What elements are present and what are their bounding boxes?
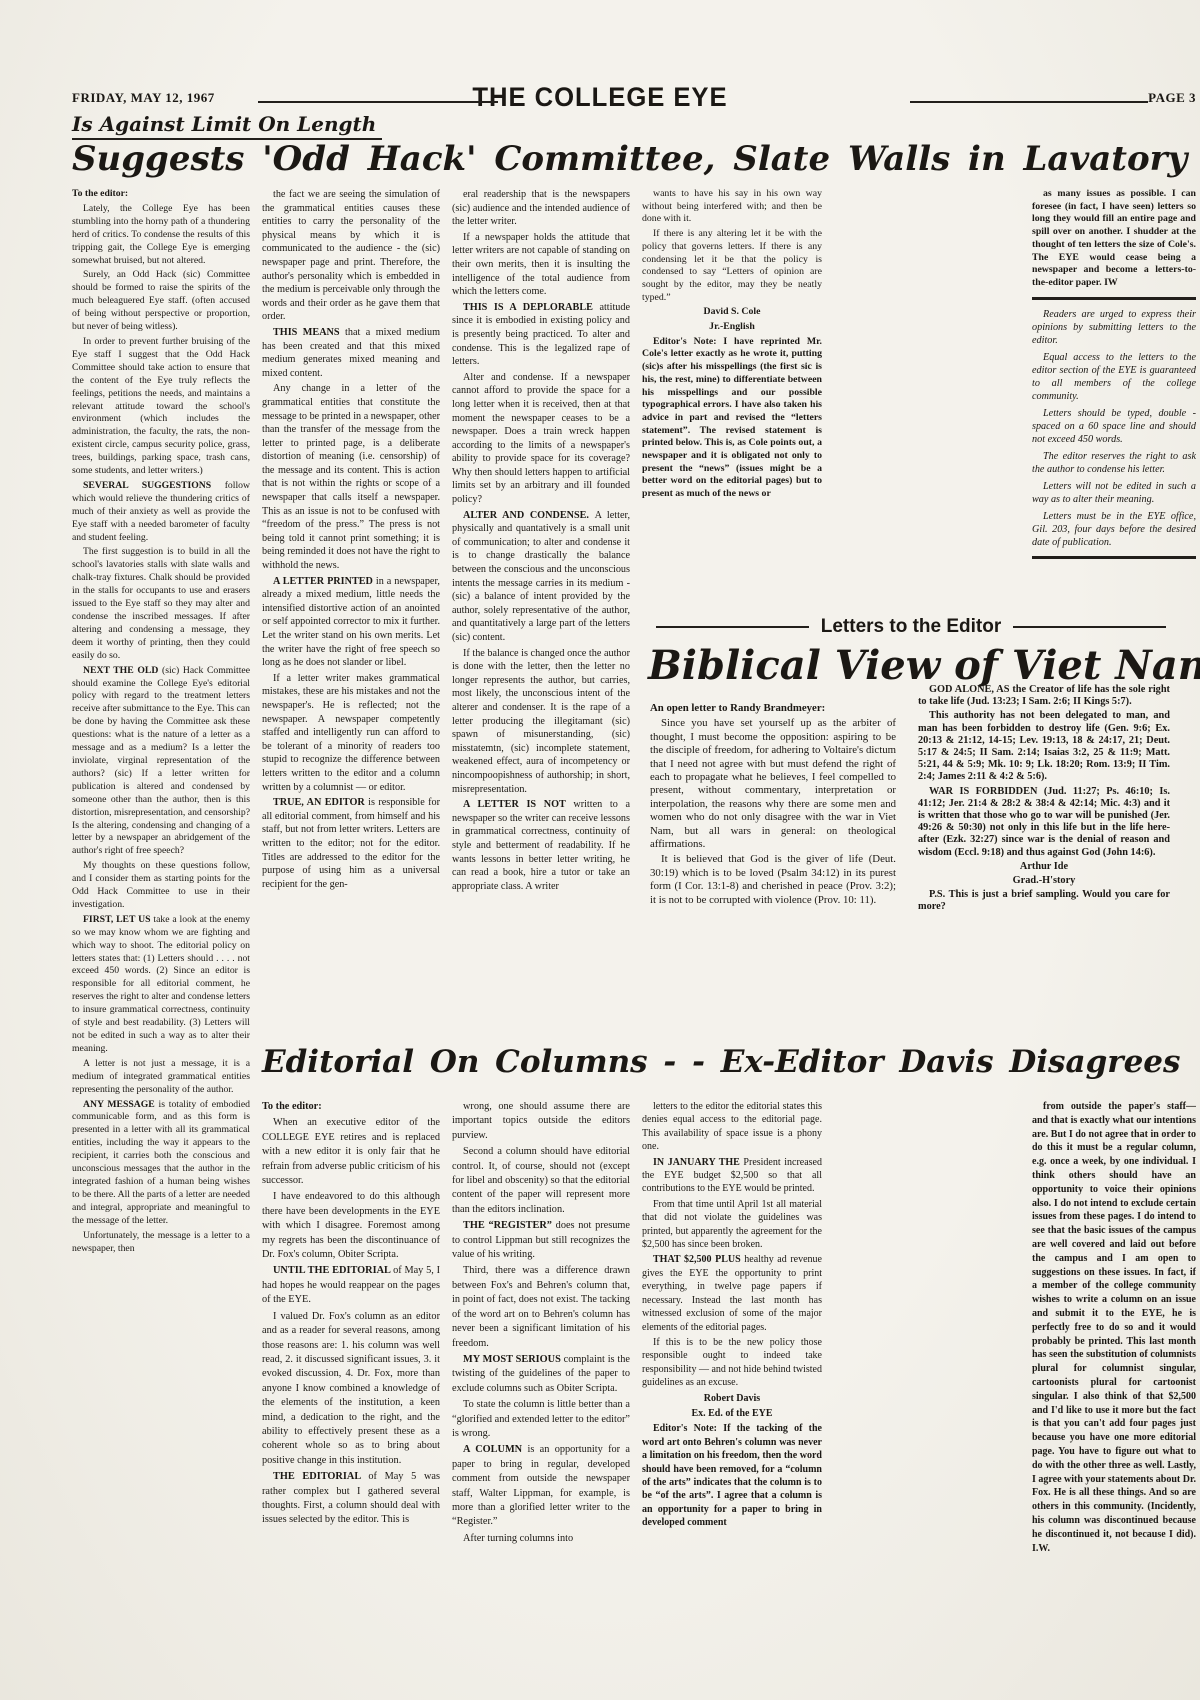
paragraph: SEVERAL SUGGESTIONS follow which would r… xyxy=(72,480,250,545)
signature-line: David S. Cole xyxy=(642,306,822,319)
article2-column-2: GOD ALONE, AS the Creator of life has th… xyxy=(918,684,1170,1040)
paragraph-lead: WAR IS FORBIDDEN xyxy=(929,786,1044,797)
paragraph-lead: UNTIL THE EDITORIAL xyxy=(273,1265,393,1276)
header-rule-left xyxy=(258,101,498,103)
signature-line: Arthur Ide xyxy=(918,861,1170,873)
paragraph: THIS MEANS that a mixed medium has been … xyxy=(262,326,440,380)
article1-column-2: the fact we are seeing the simulation of… xyxy=(262,188,440,1040)
paragraph-lead: THIS MEANS xyxy=(273,327,345,338)
article3-column-1: To the editor: When an executive editor … xyxy=(262,1100,440,1698)
paragraph: FIRST, LET US take a look at the enemy s… xyxy=(72,914,250,1056)
paragraph: NEXT THE OLD (sic) Hack Committee should… xyxy=(72,665,250,859)
header-rule-right xyxy=(910,101,1148,103)
article1-column-5-letters-policy: as many issues as possible. I can forese… xyxy=(1032,188,1196,618)
paragraph: wants to have his say in his own way wit… xyxy=(642,188,822,226)
editorial-headline: Editorial On Columns - - Ex-Editor Davis… xyxy=(262,1044,1181,1080)
paragraph-lead: A LETTER PRINTED xyxy=(273,576,376,587)
article3-column-3: letters to the editor the editorial stat… xyxy=(642,1100,822,1698)
paragraph: After turning columns into xyxy=(452,1532,630,1546)
paragraph: Editor's Note: I have reprinted Mr. Cole… xyxy=(642,336,822,501)
paragraph-lead: Editor's Note: xyxy=(653,1423,723,1434)
paragraph-lead: TRUE, AN EDITOR xyxy=(273,797,368,808)
paragraph: Surely, an Odd Hack (sic) Committee shou… xyxy=(72,269,250,334)
paragraph: letters to the editor the editorial stat… xyxy=(642,1100,822,1154)
paragraph: My thoughts on these questions follow, a… xyxy=(72,860,250,912)
article1-column-3: eral readership that is the newspapers (… xyxy=(452,188,630,1040)
paragraph: A LETTER IS NOT written to a newspaper s… xyxy=(452,798,630,893)
paragraph-lead: THE EDITORIAL xyxy=(273,1471,368,1482)
paragraph: If the balance is changed once the autho… xyxy=(452,647,630,797)
kicker-headline: Is Against Limit On Length xyxy=(72,112,382,140)
article1-column-1: To the editor: Lately, the College Eye h… xyxy=(72,188,250,1613)
paragraph: Editor's Note: If the tacking of the wor… xyxy=(642,1422,822,1529)
paragraph: When an executive editor of the COLLEGE … xyxy=(262,1116,440,1188)
paragraph: If there is any altering let it be with … xyxy=(642,228,822,304)
paragraph-lead: THIS IS A DEPLORABLE xyxy=(463,302,599,313)
paragraph: from outside the paper's staff— and that… xyxy=(1032,1100,1196,1555)
article3-column-2: wrong, one should assume there are impor… xyxy=(452,1100,630,1698)
paragraph-lead: An open letter to Randy Brandmeyer: xyxy=(650,702,825,714)
biblical-headline: Biblical View of Viet Nam xyxy=(648,642,1200,689)
paragraph: This authority has not been delegated to… xyxy=(918,710,1170,783)
paragraph-lead: ALTER AND CONDENSE. xyxy=(463,510,595,521)
thick-rule xyxy=(1032,556,1196,559)
paragraph-lead: SEVERAL SUGGESTIONS xyxy=(83,480,225,491)
paragraph: A letter is not just a message, it is a … xyxy=(72,1058,250,1097)
paragraph-lead: To the editor: xyxy=(72,188,128,199)
paragraph-lead: A COLUMN xyxy=(463,1444,527,1455)
paragraph: ALTER AND CONDENSE. A letter, physically… xyxy=(452,509,630,645)
paragraph: Letters must be in the EYE office, Gil. … xyxy=(1032,510,1196,549)
paragraph-lead: IN JANUARY THE xyxy=(653,1157,743,1168)
article1-column-4: wants to have his say in his own way wit… xyxy=(642,188,822,560)
paragraph-lead: MY MOST SERIOUS xyxy=(463,1354,564,1365)
paragraph: Third, there was a difference drawn betw… xyxy=(452,1264,630,1350)
paragraph-lead: Editor's Note: xyxy=(653,336,723,347)
paragraph: A COLUMN is an opportunity for a paper t… xyxy=(452,1443,630,1529)
paragraph: TRUE, AN EDITOR is responsible for all e… xyxy=(262,796,440,891)
paragraph: If this is to be the new policy those re… xyxy=(642,1336,822,1390)
paragraph: I have endeavored to do this although th… xyxy=(262,1190,440,1262)
paragraph: P.S. This is just a brief sampling. Woul… xyxy=(918,889,1170,913)
paragraph: THE EDITORIAL of May 5 was rather comple… xyxy=(262,1470,440,1528)
paragraph: GOD ALONE, AS the Creator of life has th… xyxy=(918,684,1170,708)
page-number: PAGE 3 xyxy=(1100,90,1196,106)
paragraph: UNTIL THE EDITORIAL of May 5, I had hope… xyxy=(262,1264,440,1307)
paragraph: It is believed that God is the giver of … xyxy=(650,853,896,907)
paragraph: Letters will not be edited in such a way… xyxy=(1032,480,1196,506)
divider-line-left xyxy=(656,626,809,628)
paragraph: ANY MESSAGE is totality of embodied comm… xyxy=(72,1099,250,1228)
paragraph: Alter and condense. If a newspaper canno… xyxy=(452,371,630,507)
paragraph: Any change in a letter of the grammatica… xyxy=(262,382,440,572)
divider-line-right xyxy=(1013,626,1166,628)
thick-rule xyxy=(1032,297,1196,300)
paragraph: eral readership that is the newspapers (… xyxy=(452,188,630,229)
paragraph: Since you have set yourself up as the ar… xyxy=(650,717,896,851)
signature-line: Jr.-English xyxy=(642,321,822,334)
divider-label: Letters to the Editor xyxy=(821,616,1002,638)
paragraph: MY MOST SERIOUS complaint is the twistin… xyxy=(452,1353,630,1396)
paragraph: The first suggestion is to build in all … xyxy=(72,546,250,662)
article2-column-1: An open letter to Randy Brandmeyer: Sinc… xyxy=(650,702,896,1040)
main-headline: Suggests 'Odd Hack' Committee, Slate Wal… xyxy=(72,140,1102,178)
article3-column-4: from outside the paper's staff— and that… xyxy=(1032,1100,1196,1698)
paragraph: If a newspaper holds the attitude that l… xyxy=(452,231,630,299)
paragraph-lead: FIRST, LET US xyxy=(83,914,153,925)
paragraph: A LETTER PRINTED in a newspaper, already… xyxy=(262,575,440,670)
paragraph-lead: NEXT THE OLD xyxy=(83,665,162,676)
newspaper-page: FRIDAY, MAY 12, 1967 THE COLLEGE EYE PAG… xyxy=(0,0,1200,1700)
paragraph: To the editor: xyxy=(72,188,250,201)
paragraph-lead: THE “REGISTER” xyxy=(463,1220,556,1231)
signature-line: Ex. Ed. of the EYE xyxy=(642,1407,822,1420)
paragraph: Equal access to the letters to the edito… xyxy=(1032,351,1196,403)
paragraph-lead: To the editor: xyxy=(262,1101,322,1112)
paragraph: In order to prevent further bruising of … xyxy=(72,336,250,478)
paragraph-lead: ANY MESSAGE xyxy=(83,1099,159,1110)
masthead: THE COLLEGE EYE xyxy=(30,82,1170,113)
paragraph: Letters should be typed, double - spaced… xyxy=(1032,407,1196,446)
letters-to-the-editor-divider: Letters to the Editor xyxy=(656,616,1166,638)
paragraph-lead: THAT $2,500 PLUS xyxy=(653,1254,744,1265)
paragraph-lead: A LETTER IS NOT xyxy=(463,799,573,810)
paragraph: An open letter to Randy Brandmeyer: xyxy=(650,702,896,715)
paragraph: Readers are urged to express their opini… xyxy=(1032,308,1196,347)
paragraph: the fact we are seeing the simulation of… xyxy=(262,188,440,324)
paragraph: If a letter writer makes grammatical mis… xyxy=(262,672,440,794)
paragraph: wrong, one should assume there are impor… xyxy=(452,1100,630,1143)
paragraph-lead: GOD ALONE, AS xyxy=(929,684,1012,695)
signature-line: Grad.-H'story xyxy=(918,875,1170,887)
paragraph: From that time until April 1st all mater… xyxy=(642,1198,822,1252)
paragraph: The editor reserves the right to ask the… xyxy=(1032,450,1196,476)
paragraph: I valued Dr. Fox's column as an editor a… xyxy=(262,1310,440,1468)
paragraph: as many issues as possible. I can forese… xyxy=(1032,188,1196,290)
paragraph: Second a column should have editorial co… xyxy=(452,1145,630,1217)
paragraph: Unfortunately, the message is a letter t… xyxy=(72,1230,250,1256)
paragraph: THAT $2,500 PLUS healthy ad revenue give… xyxy=(642,1253,822,1333)
paragraph: Lately, the College Eye has been stumbli… xyxy=(72,203,250,268)
signature-line: Robert Davis xyxy=(642,1392,822,1405)
paragraph: THE “REGISTER” does not presume to contr… xyxy=(452,1219,630,1262)
paragraph: To state the column is little better tha… xyxy=(452,1398,630,1441)
paragraph: THIS IS A DEPLORABLE attitude since it i… xyxy=(452,301,630,369)
paragraph: To the editor: xyxy=(262,1100,440,1114)
paragraph: IN JANUARY THE President increased the E… xyxy=(642,1156,822,1196)
paragraph: WAR IS FORBIDDEN (Jud. 11:27; Ps. 46:10;… xyxy=(918,786,1170,859)
